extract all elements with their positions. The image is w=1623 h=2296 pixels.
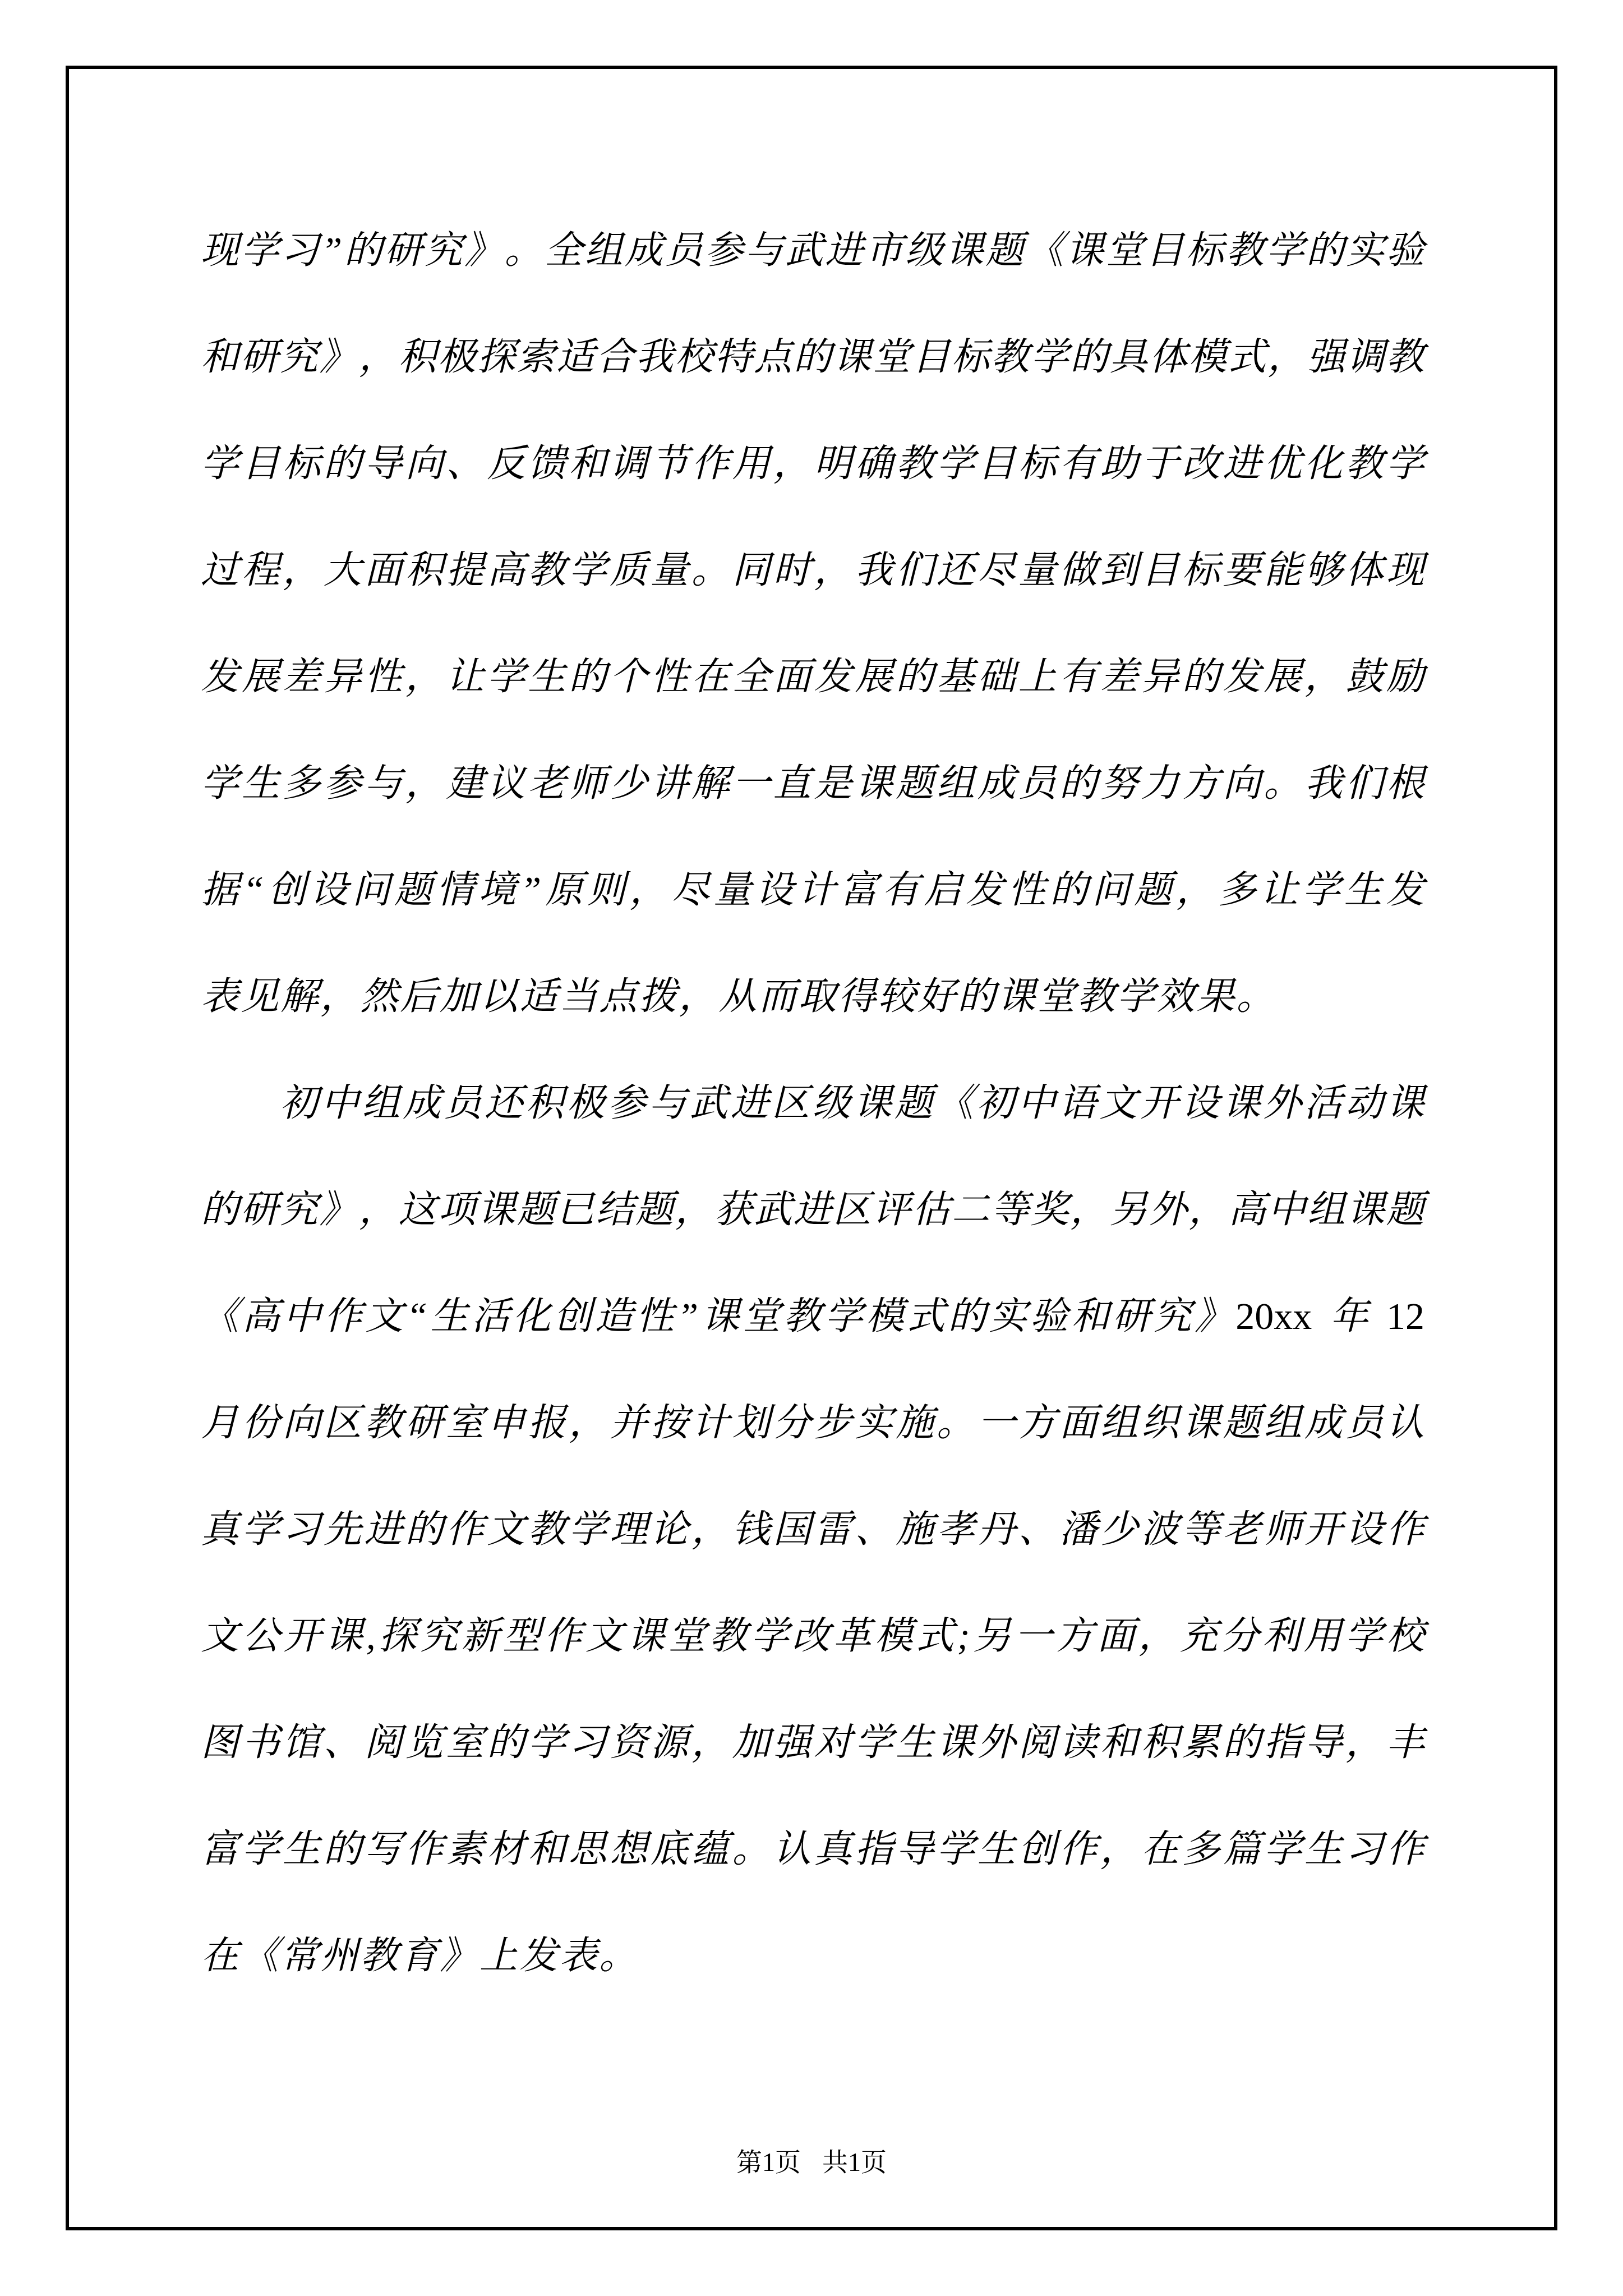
body-line: 表见解，然后加以适当点拨，从而取得较好的课堂教学效果。	[201, 943, 1424, 1050]
page-footer: 第1页共1页	[0, 2146, 1623, 2179]
body-line: 和研究》，积极探索适合我校特点的课堂目标教学的具体模式，强调教	[201, 303, 1424, 410]
body-line: 《高中作文“生活化创造性”课堂教学模式的实验和研究》20xx年12	[201, 1263, 1424, 1369]
body-line: 学目标的导向、反馈和调节作用，明确教学目标有助于改进优化教学	[201, 410, 1424, 517]
body-line: 发展差异性，让学生的个性在全面发展的基础上有差异的发展，鼓励	[201, 623, 1424, 730]
body-line: 学生多参与，建议老师少讲解一直是课题组成员的努力方向。我们根	[201, 730, 1424, 836]
body-line: 现学习”的研究》。全组成员参与武进市级课题《课堂目标教学的实验	[201, 197, 1424, 303]
body-line: 的研究》，这项课题已结题，获武进区评估二等奖，另外，高中组课题	[201, 1156, 1424, 1263]
body-line: 图书馆、阅览室的学习资源，加强对学生课外阅读和积累的指导，丰	[201, 1689, 1424, 1796]
body-line: 文公开课,探究新型作文课堂教学改革模式;另一方面，充分利用学校	[201, 1582, 1424, 1689]
body-line: 初中组成员还积极参与武进区级课题《初中语文开设课外活动课	[201, 1050, 1424, 1156]
body-line: 真学习先进的作文教学理论，钱国雷、施孝丹、潘少波等老师开设作	[201, 1476, 1424, 1582]
body-line: 富学生的写作素材和思想底蕴。认真指导学生创作，在多篇学生习作	[201, 1796, 1424, 1902]
page-number: 第1页	[736, 2148, 801, 2177]
body-text: 现学习”的研究》。全组成员参与武进市级课题《课堂目标教学的实验 和研究》，积极探…	[201, 197, 1424, 2009]
page-count: 共1页	[822, 2148, 887, 2177]
document-page: 现学习”的研究》。全组成员参与武进市级课题《课堂目标教学的实验 和研究》，积极探…	[0, 0, 1623, 2296]
body-line: 在《常州教育》上发表。	[201, 1902, 1424, 2009]
body-line: 过程，大面积提高教学质量。同时，我们还尽量做到目标要能够体现	[201, 517, 1424, 623]
body-line: 月份向区教研室申报，并按计划分步实施。一方面组织课题组成员认	[201, 1369, 1424, 1476]
body-line: 据“创设问题情境”原则，尽量设计富有启发性的问题，多让学生发	[201, 836, 1424, 943]
